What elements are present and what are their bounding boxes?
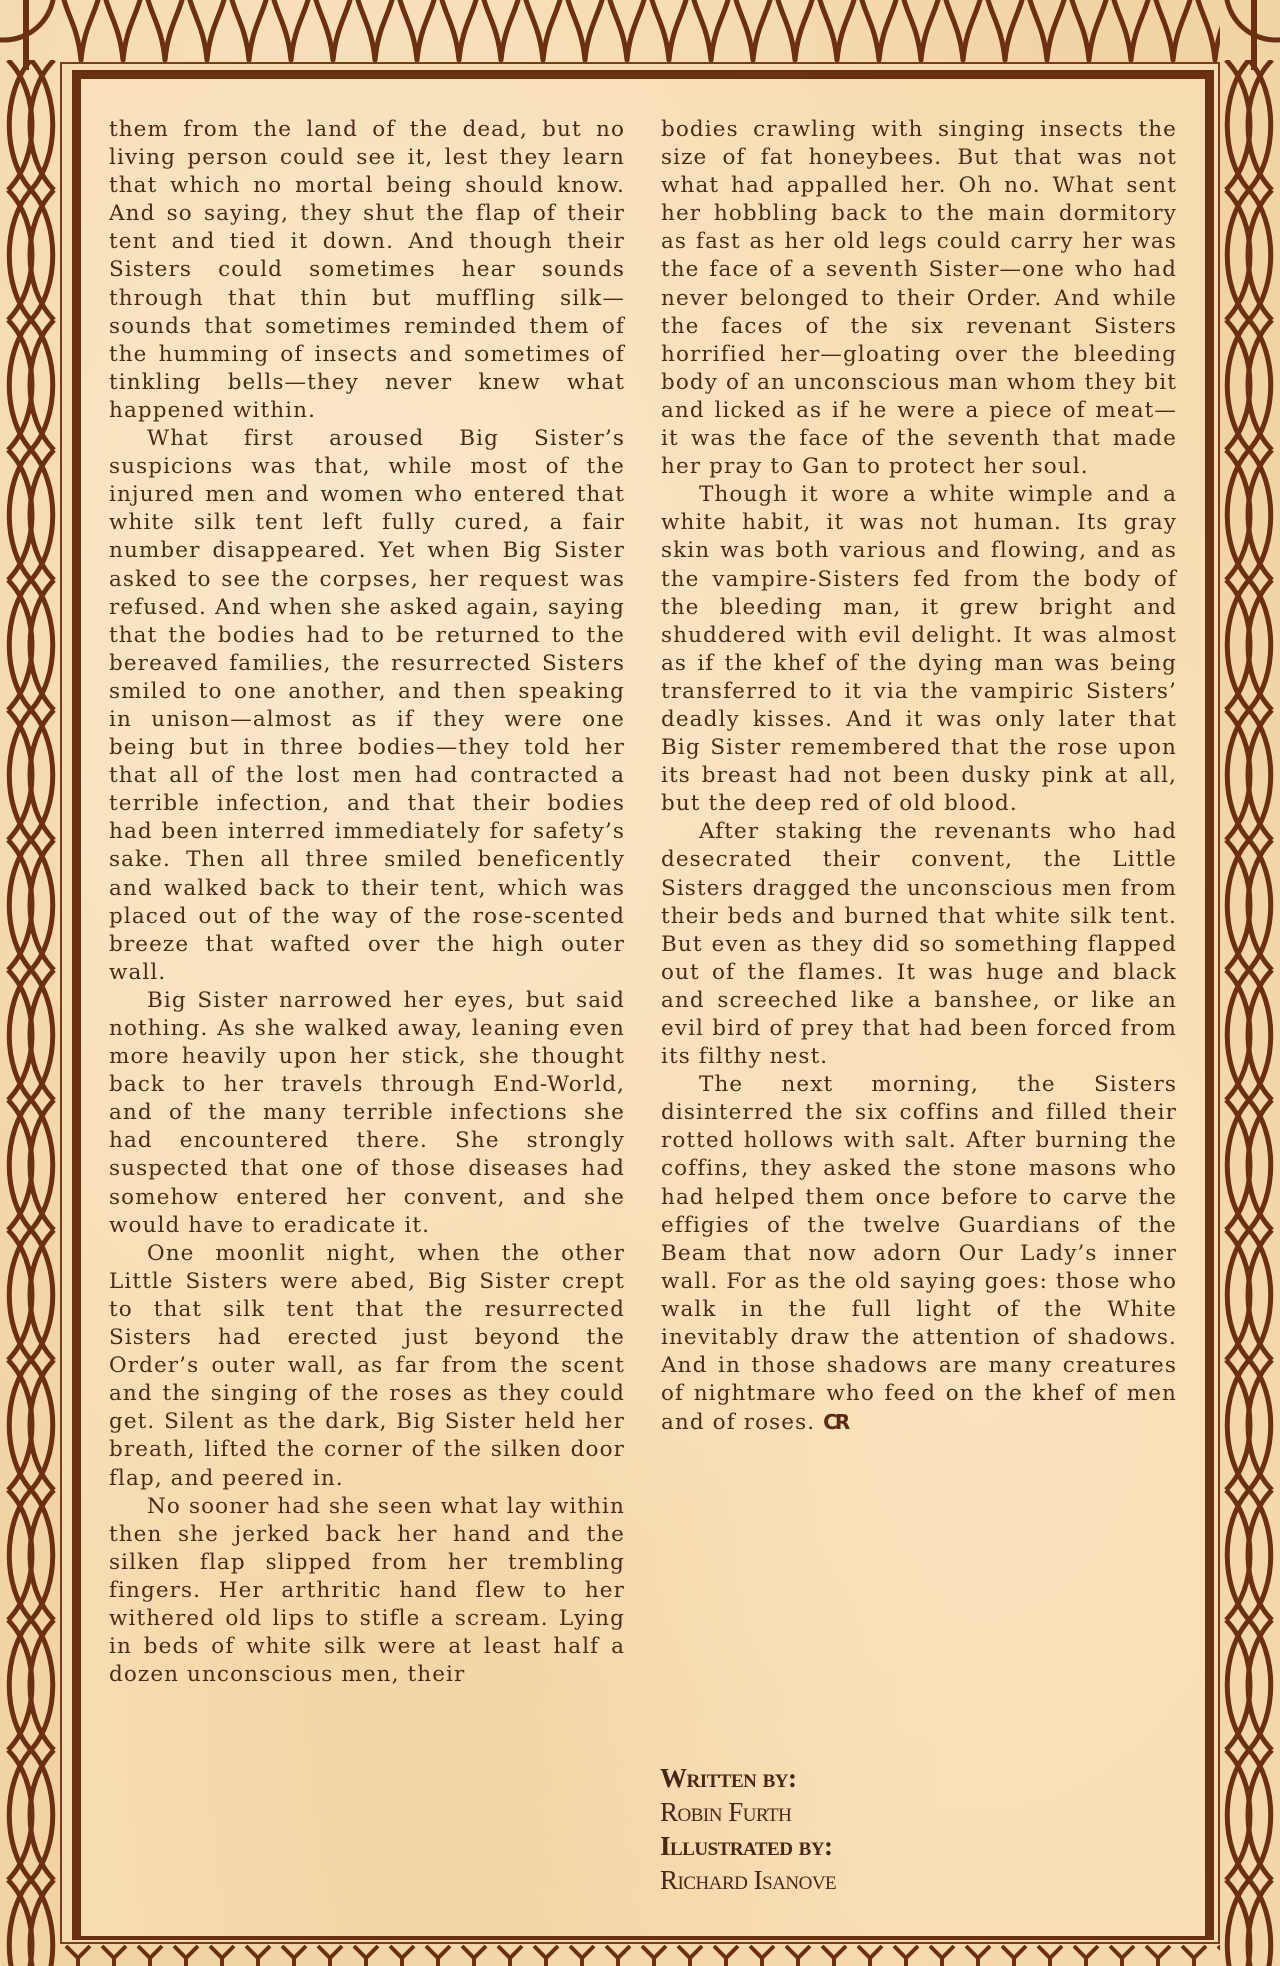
written-by-label: Written by: — [660, 1762, 836, 1795]
top-fringe-ornament — [60, 0, 1220, 64]
story-paragraph: What first aroused Big Sister’s suspicio… — [109, 425, 625, 987]
story-paragraph: After staking the revenants who had dese… — [661, 818, 1177, 1071]
story-paragraph: bodies crawling with singing insects the… — [661, 116, 1177, 481]
credits-block: Written by: Robin Furth Illustrated by: … — [660, 1762, 836, 1898]
story-paragraph: them from the land of the dead, but no l… — [109, 116, 625, 425]
bottom-fringe-ornament — [60, 1944, 1220, 1966]
final-paragraph-text: The next morning, the Sisters disinterre… — [661, 1072, 1177, 1435]
story-paragraph: Big Sister narrowed her eyes, but said n… — [109, 987, 625, 1240]
story-columns: them from the land of the dead, but no l… — [109, 116, 1177, 1689]
top-right-corner-ornament — [1210, 0, 1280, 70]
end-mark-icon: CR — [823, 1410, 847, 1434]
illustrator-name: Richard Isanove — [660, 1863, 836, 1898]
right-column: bodies crawling with singing insects the… — [661, 116, 1177, 1689]
story-paragraph-final: The next morning, the Sisters disinterre… — [661, 1071, 1177, 1437]
story-paragraph: No sooner had she seen what lay within t… — [109, 1493, 625, 1690]
top-left-corner-ornament — [0, 0, 70, 70]
left-lattice-ornament — [0, 60, 62, 1966]
writer-name: Robin Furth — [660, 1795, 836, 1830]
illustrated-by-label: Illustrated by: — [660, 1830, 836, 1863]
left-column: them from the land of the dead, but no l… — [109, 116, 625, 1689]
right-lattice-ornament — [1218, 60, 1280, 1966]
story-paragraph: One moonlit night, when the other Little… — [109, 1240, 625, 1493]
story-paragraph: Though it wore a white wimple and a whit… — [661, 481, 1177, 818]
